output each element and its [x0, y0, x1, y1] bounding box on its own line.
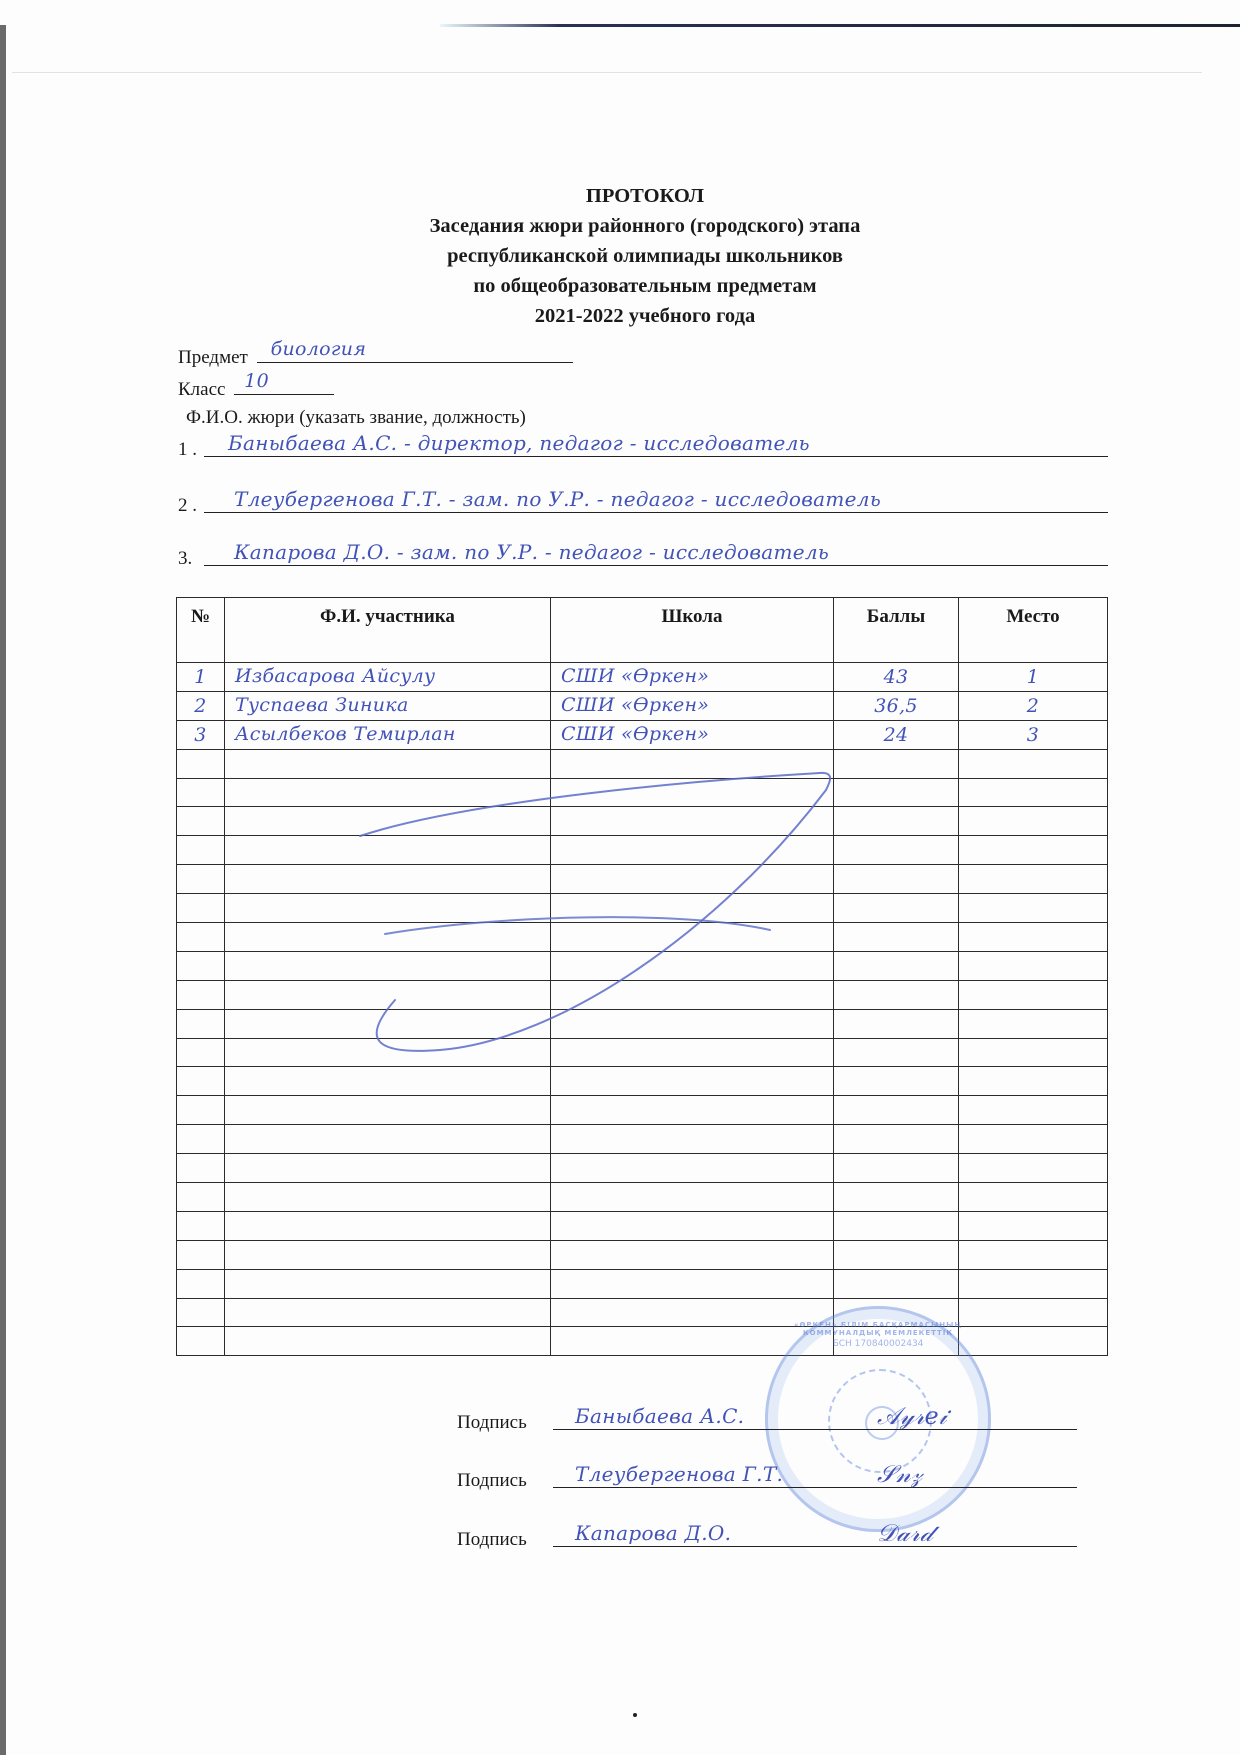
cell-score [834, 1009, 959, 1038]
cell-school [551, 1096, 834, 1125]
cell-number: 2 [177, 691, 225, 720]
cell-place [959, 1240, 1108, 1269]
cell-number [177, 1125, 225, 1154]
cell-score [834, 1096, 959, 1125]
subject-label: Предмет [178, 347, 248, 369]
cell-place-value: 3 [959, 724, 1107, 746]
table-row-empty [177, 1009, 1108, 1038]
jury-value: Капарова Д.О. - зам. по У.Р. - педагог -… [234, 540, 829, 564]
cell-participant [225, 1298, 551, 1327]
cell-number [177, 1009, 225, 1038]
cell-place [959, 1067, 1108, 1096]
subtitle-line-1: Заседания жюри районного (городского) эт… [0, 211, 1240, 241]
cell-participant [225, 1240, 551, 1269]
signature-row-3: Подпись Капарова Д.О. 𝒟𝒶𝓇𝒹 [457, 1517, 1077, 1547]
table-row-empty [177, 778, 1108, 807]
cell-number [177, 749, 225, 778]
autograph-icon: 𝒮𝓃𝓏 [877, 1460, 922, 1488]
table-row-empty [177, 1269, 1108, 1298]
cell-school [551, 1038, 834, 1067]
subtitle-line-4: 2021-2022 учебного года [0, 301, 1240, 331]
cell-number [177, 923, 225, 952]
cell-score [834, 1125, 959, 1154]
cell-place [959, 778, 1108, 807]
cell-number [177, 1298, 225, 1327]
cell-score [834, 836, 959, 865]
subtitle-line-2: республиканской олимпиады школьников [0, 241, 1240, 271]
autograph-icon: 𝒟𝒶𝓇𝒹 [877, 1519, 933, 1547]
cell-school [551, 1183, 834, 1212]
cell-score [834, 1269, 959, 1298]
cell-school: СШИ «Өркен» [551, 720, 834, 749]
cell-school-value: СШИ «Өркен» [551, 723, 709, 745]
table-row: 3Асылбеков ТемирланСШИ «Өркен»243 [177, 720, 1108, 749]
class-label: Класс [178, 379, 225, 401]
cell-school [551, 980, 834, 1009]
subtitle-line-3: по общеобразовательным предметам [0, 271, 1240, 301]
jury-line [204, 456, 1108, 457]
cell-place [959, 1154, 1108, 1183]
cell-participant [225, 1327, 551, 1356]
cell-participant [225, 923, 551, 952]
cell-place [959, 1096, 1108, 1125]
cell-number [177, 778, 225, 807]
signature-label: Подпись [457, 1529, 527, 1551]
cell-participant-value: Асылбеков Темирлан [225, 723, 456, 745]
cell-school [551, 1240, 834, 1269]
cell-place-value: 1 [959, 666, 1107, 688]
cell-score [834, 1038, 959, 1067]
scan-guide-line [12, 72, 1202, 73]
cell-place: 1 [959, 663, 1108, 692]
table-row-empty [177, 865, 1108, 894]
table-row-empty [177, 894, 1108, 923]
signature-row-1: Подпись Баныбаева А.С. 𝒜𝓎𝓇𝑒𝒾 [457, 1400, 1077, 1430]
cell-participant [225, 1038, 551, 1067]
cell-school [551, 865, 834, 894]
cell-number: 1 [177, 663, 225, 692]
table-row-empty [177, 1096, 1108, 1125]
document-header: ПРОТОКОЛ Заседания жюри районного (город… [0, 181, 1240, 331]
subject-field: Предмет биология [178, 344, 573, 369]
subject-line: биология [257, 344, 573, 363]
cell-place [959, 807, 1108, 836]
jury-number: 1 . [178, 439, 197, 461]
cell-score-value: 43 [834, 666, 958, 688]
cell-score [834, 807, 959, 836]
cell-number [177, 1038, 225, 1067]
header-participant: Ф.И. участника [225, 598, 551, 663]
cell-score-value: 36,5 [834, 695, 958, 717]
cell-school [551, 1211, 834, 1240]
table-header-row: № Ф.И. участника Школа Баллы Место [177, 598, 1108, 663]
table-row-empty [177, 951, 1108, 980]
cell-participant: Туспаева Зиника [225, 691, 551, 720]
cell-score [834, 1211, 959, 1240]
cell-participant [225, 1125, 551, 1154]
document-title: ПРОТОКОЛ [0, 181, 1240, 211]
table-row-empty [177, 1038, 1108, 1067]
jury-number: 3. [178, 548, 192, 570]
cell-school [551, 778, 834, 807]
header-school: Школа [551, 598, 834, 663]
cell-place [959, 951, 1108, 980]
cell-place [959, 894, 1108, 923]
cell-place: 2 [959, 691, 1108, 720]
cell-place [959, 1125, 1108, 1154]
cell-number: 3 [177, 720, 225, 749]
cell-score-value: 24 [834, 724, 958, 746]
header-number: № [177, 598, 225, 663]
cell-place [959, 1038, 1108, 1067]
cell-score [834, 923, 959, 952]
class-value: 10 [244, 370, 269, 392]
cell-score: 36,5 [834, 691, 959, 720]
header-place: Место [959, 598, 1108, 663]
cell-participant [225, 1096, 551, 1125]
cell-place [959, 923, 1108, 952]
jury-row-1: 1 . Баныбаева А.С. - директор, педагог -… [178, 427, 1108, 457]
jury-line [204, 512, 1108, 513]
cell-place [959, 836, 1108, 865]
cell-participant [225, 894, 551, 923]
table-row-empty [177, 923, 1108, 952]
table-row: 1Избасарова АйсулуСШИ «Өркен»431 [177, 663, 1108, 692]
cell-number [177, 1183, 225, 1212]
cell-participant: Избасарова Айсулу [225, 663, 551, 692]
cell-participant [225, 836, 551, 865]
cell-number [177, 1067, 225, 1096]
signature-row-2: Подпись Тлеубергенова Г.Т. 𝒮𝓃𝓏 [457, 1458, 1077, 1488]
table-row-empty [177, 980, 1108, 1009]
cell-school: СШИ «Өркен» [551, 663, 834, 692]
cell-number [177, 1096, 225, 1125]
cell-participant [225, 951, 551, 980]
cell-score [834, 894, 959, 923]
cell-school [551, 1067, 834, 1096]
cell-school [551, 1009, 834, 1038]
cell-participant [225, 1183, 551, 1212]
cell-number [177, 1269, 225, 1298]
cell-place [959, 1183, 1108, 1212]
cell-number [177, 836, 225, 865]
jury-line [204, 565, 1108, 566]
table-row-empty [177, 1183, 1108, 1212]
cell-number [177, 1154, 225, 1183]
cell-number [177, 1240, 225, 1269]
cell-place [959, 1269, 1108, 1298]
cell-school [551, 1125, 834, 1154]
cell-number [177, 807, 225, 836]
cell-place: 3 [959, 720, 1108, 749]
table-row-empty [177, 807, 1108, 836]
results-body: 1Избасарова АйсулуСШИ «Өркен»4312Туспаев… [177, 663, 1108, 1356]
cell-school [551, 1154, 834, 1183]
cell-number-value: 3 [177, 724, 224, 746]
signature-line [553, 1546, 1077, 1547]
cell-number-value: 2 [177, 695, 224, 717]
results-table: № Ф.И. участника Школа Баллы Место 1Изба… [176, 597, 1108, 1356]
table-row-empty [177, 1240, 1108, 1269]
table-row-empty [177, 1211, 1108, 1240]
cell-score [834, 865, 959, 894]
jury-value: Тлеубергенова Г.Т. - зам. по У.Р. - педа… [234, 487, 881, 511]
cell-score [834, 1067, 959, 1096]
signature-label: Подпись [457, 1412, 527, 1434]
class-field: Класс 10 [178, 376, 334, 401]
cell-school [551, 836, 834, 865]
cell-score: 24 [834, 720, 959, 749]
cell-participant [225, 1269, 551, 1298]
cell-participant: Асылбеков Темирлан [225, 720, 551, 749]
cell-participant [225, 980, 551, 1009]
class-line: 10 [234, 376, 334, 395]
signature-line [553, 1487, 1077, 1488]
table-row-empty [177, 836, 1108, 865]
cell-school-value: СШИ «Өркен» [551, 694, 709, 716]
table-row-empty [177, 749, 1108, 778]
cell-participant [225, 1009, 551, 1038]
signature-name: Баныбаева А.С. [575, 1404, 744, 1428]
cell-score [834, 1183, 959, 1212]
cell-school-value: СШИ «Өркен» [551, 665, 709, 687]
cell-number [177, 1211, 225, 1240]
stamp-bin: БСН 170840002434 [768, 1339, 988, 1349]
cell-number [177, 894, 225, 923]
cell-score [834, 749, 959, 778]
jury-value: Баныбаева А.С. - директор, педагог - исс… [228, 431, 810, 455]
cell-school [551, 807, 834, 836]
signature-name: Капарова Д.О. [575, 1521, 731, 1545]
jury-row-3: 3. Капарова Д.О. - зам. по У.Р. - педаго… [178, 536, 1108, 566]
jury-number: 2 . [178, 495, 197, 517]
cell-number-value: 1 [177, 666, 224, 688]
cell-number [177, 1327, 225, 1356]
cell-participant [225, 778, 551, 807]
cell-participant [225, 807, 551, 836]
cell-school [551, 894, 834, 923]
signature-line [553, 1429, 1077, 1430]
cell-place-value: 2 [959, 695, 1107, 717]
table-row-empty [177, 1154, 1108, 1183]
subject-value: биология [271, 338, 367, 360]
scan-edge-top [440, 24, 1240, 27]
jury-title: Ф.И.О. жюри (указать звание, должность) [186, 407, 526, 429]
stamp-ring-text: «ӨРКЕН» БІЛІМ БАСҚАРМАСЫНЫҢ КОММУНАЛДЫҚ … [768, 1321, 988, 1337]
cell-participant-value: Туспаева Зиника [225, 694, 409, 716]
cell-score [834, 951, 959, 980]
cell-number [177, 951, 225, 980]
cell-participant [225, 749, 551, 778]
signature-label: Подпись [457, 1470, 527, 1492]
cell-school: СШИ «Өркен» [551, 691, 834, 720]
cell-school [551, 749, 834, 778]
autograph-icon: 𝒜𝓎𝓇𝑒𝒾 [877, 1402, 947, 1430]
cell-school [551, 1269, 834, 1298]
table-row-empty [177, 1125, 1108, 1154]
cell-place [959, 1211, 1108, 1240]
cell-number [177, 980, 225, 1009]
cell-score [834, 778, 959, 807]
cell-score: 43 [834, 663, 959, 692]
cell-place [959, 1009, 1108, 1038]
cell-score [834, 980, 959, 1009]
cell-participant [225, 1154, 551, 1183]
cell-participant [225, 865, 551, 894]
cell-school [551, 951, 834, 980]
cell-number [177, 865, 225, 894]
cell-place [959, 865, 1108, 894]
header-score: Баллы [834, 598, 959, 663]
table-row: 2Туспаева ЗиникаСШИ «Өркен»36,52 [177, 691, 1108, 720]
cell-score [834, 1240, 959, 1269]
jury-row-2: 2 . Тлеубергенова Г.Т. - зам. по У.Р. - … [178, 483, 1108, 513]
cell-school [551, 923, 834, 952]
cell-participant-value: Избасарова Айсулу [225, 665, 435, 687]
footer-dot [633, 1713, 637, 1717]
cell-participant [225, 1067, 551, 1096]
cell-place [959, 980, 1108, 1009]
signature-name: Тлеубергенова Г.Т. [575, 1462, 783, 1486]
cell-score [834, 1154, 959, 1183]
cell-participant [225, 1211, 551, 1240]
cell-place [959, 749, 1108, 778]
table-row-empty [177, 1067, 1108, 1096]
